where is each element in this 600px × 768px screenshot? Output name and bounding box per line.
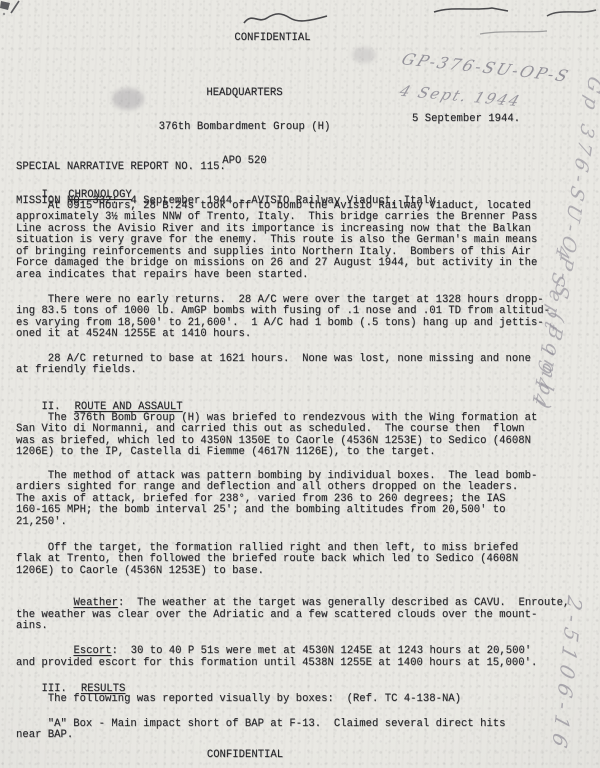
- report-title-line-1: SPECIAL NARRATIVE REPORT NO. 115.: [16, 162, 442, 173]
- handwritten-margin-ref: Gp 376-SU-OP-S (Bomb): [528, 73, 600, 437]
- section-3-paragraph-2: "A" Box - Main impact short of BAP at F-…: [16, 719, 506, 742]
- section-1-paragraph-2: There were no early returns. 28 A/C were…: [16, 295, 550, 341]
- pen-dash-mark-1: [432, 2, 512, 18]
- letterhead-line-1: HEADQUARTERS: [17, 88, 472, 99]
- ink-smudge: [352, 47, 376, 63]
- document-page: CONFIDENTIAL HEADQUARTERS 376th Bombardm…: [0, 0, 600, 768]
- section-1-paragraph-1: At 0915 hours, 28 B.24s took off to bomb…: [16, 201, 537, 281]
- classification-bottom: CONFIDENTIAL: [0, 750, 490, 761]
- date-line: 5 September 1944.: [412, 114, 520, 125]
- section-2-paragraph-2: The method of attack was pattern bombing…: [16, 471, 537, 528]
- pen-dash-mark-3: [545, 4, 599, 20]
- section-1-paragraph-3: 28 A/C returned to base at 1621 hours. N…: [16, 354, 531, 377]
- classification-top: CONFIDENTIAL: [0, 33, 545, 44]
- section-3-paragraph-1: The following was reported visually by b…: [16, 694, 461, 705]
- weather-label: Weather: [73, 597, 118, 609]
- section-2-paragraph-1: The 376th Bomb Group (H) was briefed to …: [16, 413, 537, 459]
- pen-scribble-mark: [240, 8, 332, 30]
- section-2-paragraph-3: Off the target, the formation rallied ri…: [16, 543, 518, 577]
- letterhead-line-2: 376th Bombardment Group (H): [17, 122, 472, 133]
- corner-stamp-mark: [0, 0, 30, 30]
- escort-label: Escort: [73, 645, 111, 657]
